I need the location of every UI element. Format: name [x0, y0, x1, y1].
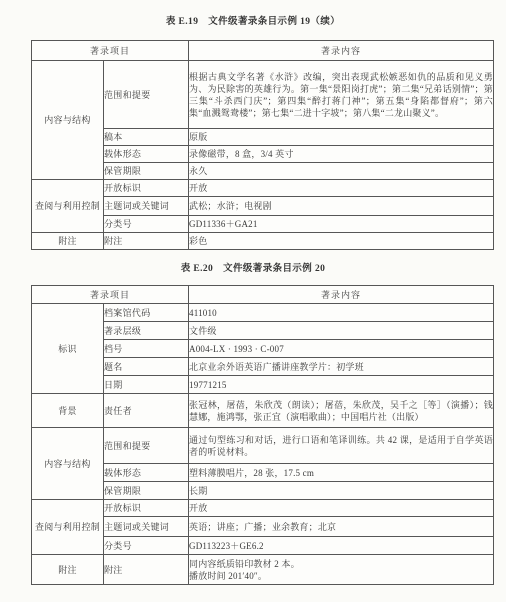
item-value: 彩色: [189, 233, 494, 250]
table-row: 标识 档案馆代码 411010: [32, 304, 494, 322]
column-header-content: 著录内容: [189, 286, 494, 304]
item-value: 塑料薄膜唱片，28 张，17.5 cm: [189, 464, 494, 482]
item-label: 档号: [104, 340, 189, 358]
table-row: 附注 附注 同内容纸质铅印教材 2 本。 播放时间 201′40″。: [32, 555, 494, 585]
table-row: 查阅与利用控制 开放标识 开放: [32, 500, 494, 517]
group-cell: 附注: [32, 233, 104, 250]
item-value: 通过句型练习和对话，进行口语和笔译训练。共 42 课，是适用于自学英语者的听说材…: [189, 428, 494, 464]
item-value: 文件级: [189, 322, 494, 340]
item-label: 档案馆代码: [104, 304, 189, 322]
item-value: 张冠林，屠蓓，朱欣茂（朗读）；屠蓓，朱欣茂，吴千之［等］（演播）；钱慧娜，施鸿鄂…: [189, 394, 494, 428]
group-cell: 附注: [32, 555, 104, 585]
item-label: 分类号: [104, 216, 189, 233]
item-value: 原版: [189, 129, 494, 146]
item-value: 同内容纸质铅印教材 2 本。 播放时间 201′40″。: [189, 555, 494, 585]
item-value: 开放: [189, 500, 494, 517]
item-label: 载体形态: [104, 464, 189, 482]
item-value: 开放: [189, 180, 494, 197]
item-value: 录像磁带，8 盒，3/4 英寸: [189, 146, 494, 163]
table-row: 背景 责任者 张冠林，屠蓓，朱欣茂（朗读）；屠蓓，朱欣茂，吴千之［等］（演播）；…: [32, 394, 494, 428]
item-label: 日期: [104, 376, 189, 394]
document-page: 表 E.19 文件级著录条目示例 19（续） 著录项目 著录内容 内容与结构 范…: [0, 0, 506, 602]
item-value: A004-LX · 1993 · C-007: [189, 340, 494, 358]
column-header-item: 著录项目: [32, 286, 189, 304]
item-label: 主题词或关键词: [104, 517, 189, 537]
item-label: 开放标识: [104, 500, 189, 517]
item-label: 附注: [104, 233, 189, 250]
column-header-item: 著录项目: [32, 41, 189, 61]
item-label: 著录层级: [104, 322, 189, 340]
item-label: 载体形态: [104, 146, 189, 163]
item-label: 保管期限: [104, 482, 189, 500]
item-value: 北京业余外语英语广播讲座教学片：初学班: [189, 358, 494, 376]
item-label: 稿本: [104, 129, 189, 146]
table-row: 内容与结构 范围和提要 通过句型练习和对话，进行口语和笔译训练。共 42 课，是…: [32, 428, 494, 464]
column-header-content: 著录内容: [189, 41, 494, 61]
item-value: 英语；讲座；广播；业余教育；北京: [189, 517, 494, 537]
item-value: 411010: [189, 304, 494, 322]
item-label: 分类号: [104, 537, 189, 555]
item-value: 长期: [189, 482, 494, 500]
group-cell: 查阅与利用控制: [32, 180, 104, 233]
group-cell: 内容与结构: [32, 61, 104, 180]
group-cell: 背景: [32, 394, 104, 428]
item-label: 主题词或关键词: [104, 197, 189, 216]
table-e20-title: 表 E.20 文件级著录条目示例 20: [0, 262, 506, 276]
item-label: 责任者: [104, 394, 189, 428]
item-label: 开放标识: [104, 180, 189, 197]
group-cell: 查阅与利用控制: [32, 500, 104, 555]
table-row: 著录项目 著录内容: [32, 286, 494, 304]
table-e20: 著录项目 著录内容 标识 档案馆代码 411010 著录层级 文件级 档号 A0…: [31, 285, 494, 585]
table-row: 查阅与利用控制 开放标识 开放: [32, 180, 494, 197]
table-row: 著录项目 著录内容: [32, 41, 494, 61]
item-label: 附注: [104, 555, 189, 585]
group-cell: 内容与结构: [32, 428, 104, 500]
item-label: 题名: [104, 358, 189, 376]
item-value: 根据古典文学名著《水浒》改编，突出表现武松嫉恶如仇的品质和见义勇为、为民除害的英…: [189, 61, 494, 129]
item-value: GD113223＋GE6.2: [189, 537, 494, 555]
item-value: GD11336＋GA21: [189, 216, 494, 233]
table-row: 内容与结构 范围和提要 根据古典文学名著《水浒》改编，突出表现武松嫉恶如仇的品质…: [32, 61, 494, 129]
table-row: 附注 附注 彩色: [32, 233, 494, 250]
item-label: 范围和提要: [104, 61, 189, 129]
item-label: 保管期限: [104, 163, 189, 180]
item-label: 范围和提要: [104, 428, 189, 464]
item-value: 永久: [189, 163, 494, 180]
table-e19: 著录项目 著录内容 内容与结构 范围和提要 根据古典文学名著《水浒》改编，突出表…: [31, 40, 494, 250]
item-value: 武松；水浒；电视剧: [189, 197, 494, 216]
group-cell: 标识: [32, 304, 104, 394]
item-value: 19771215: [189, 376, 494, 394]
table-e19-title: 表 E.19 文件级著录条目示例 19（续）: [0, 15, 506, 29]
